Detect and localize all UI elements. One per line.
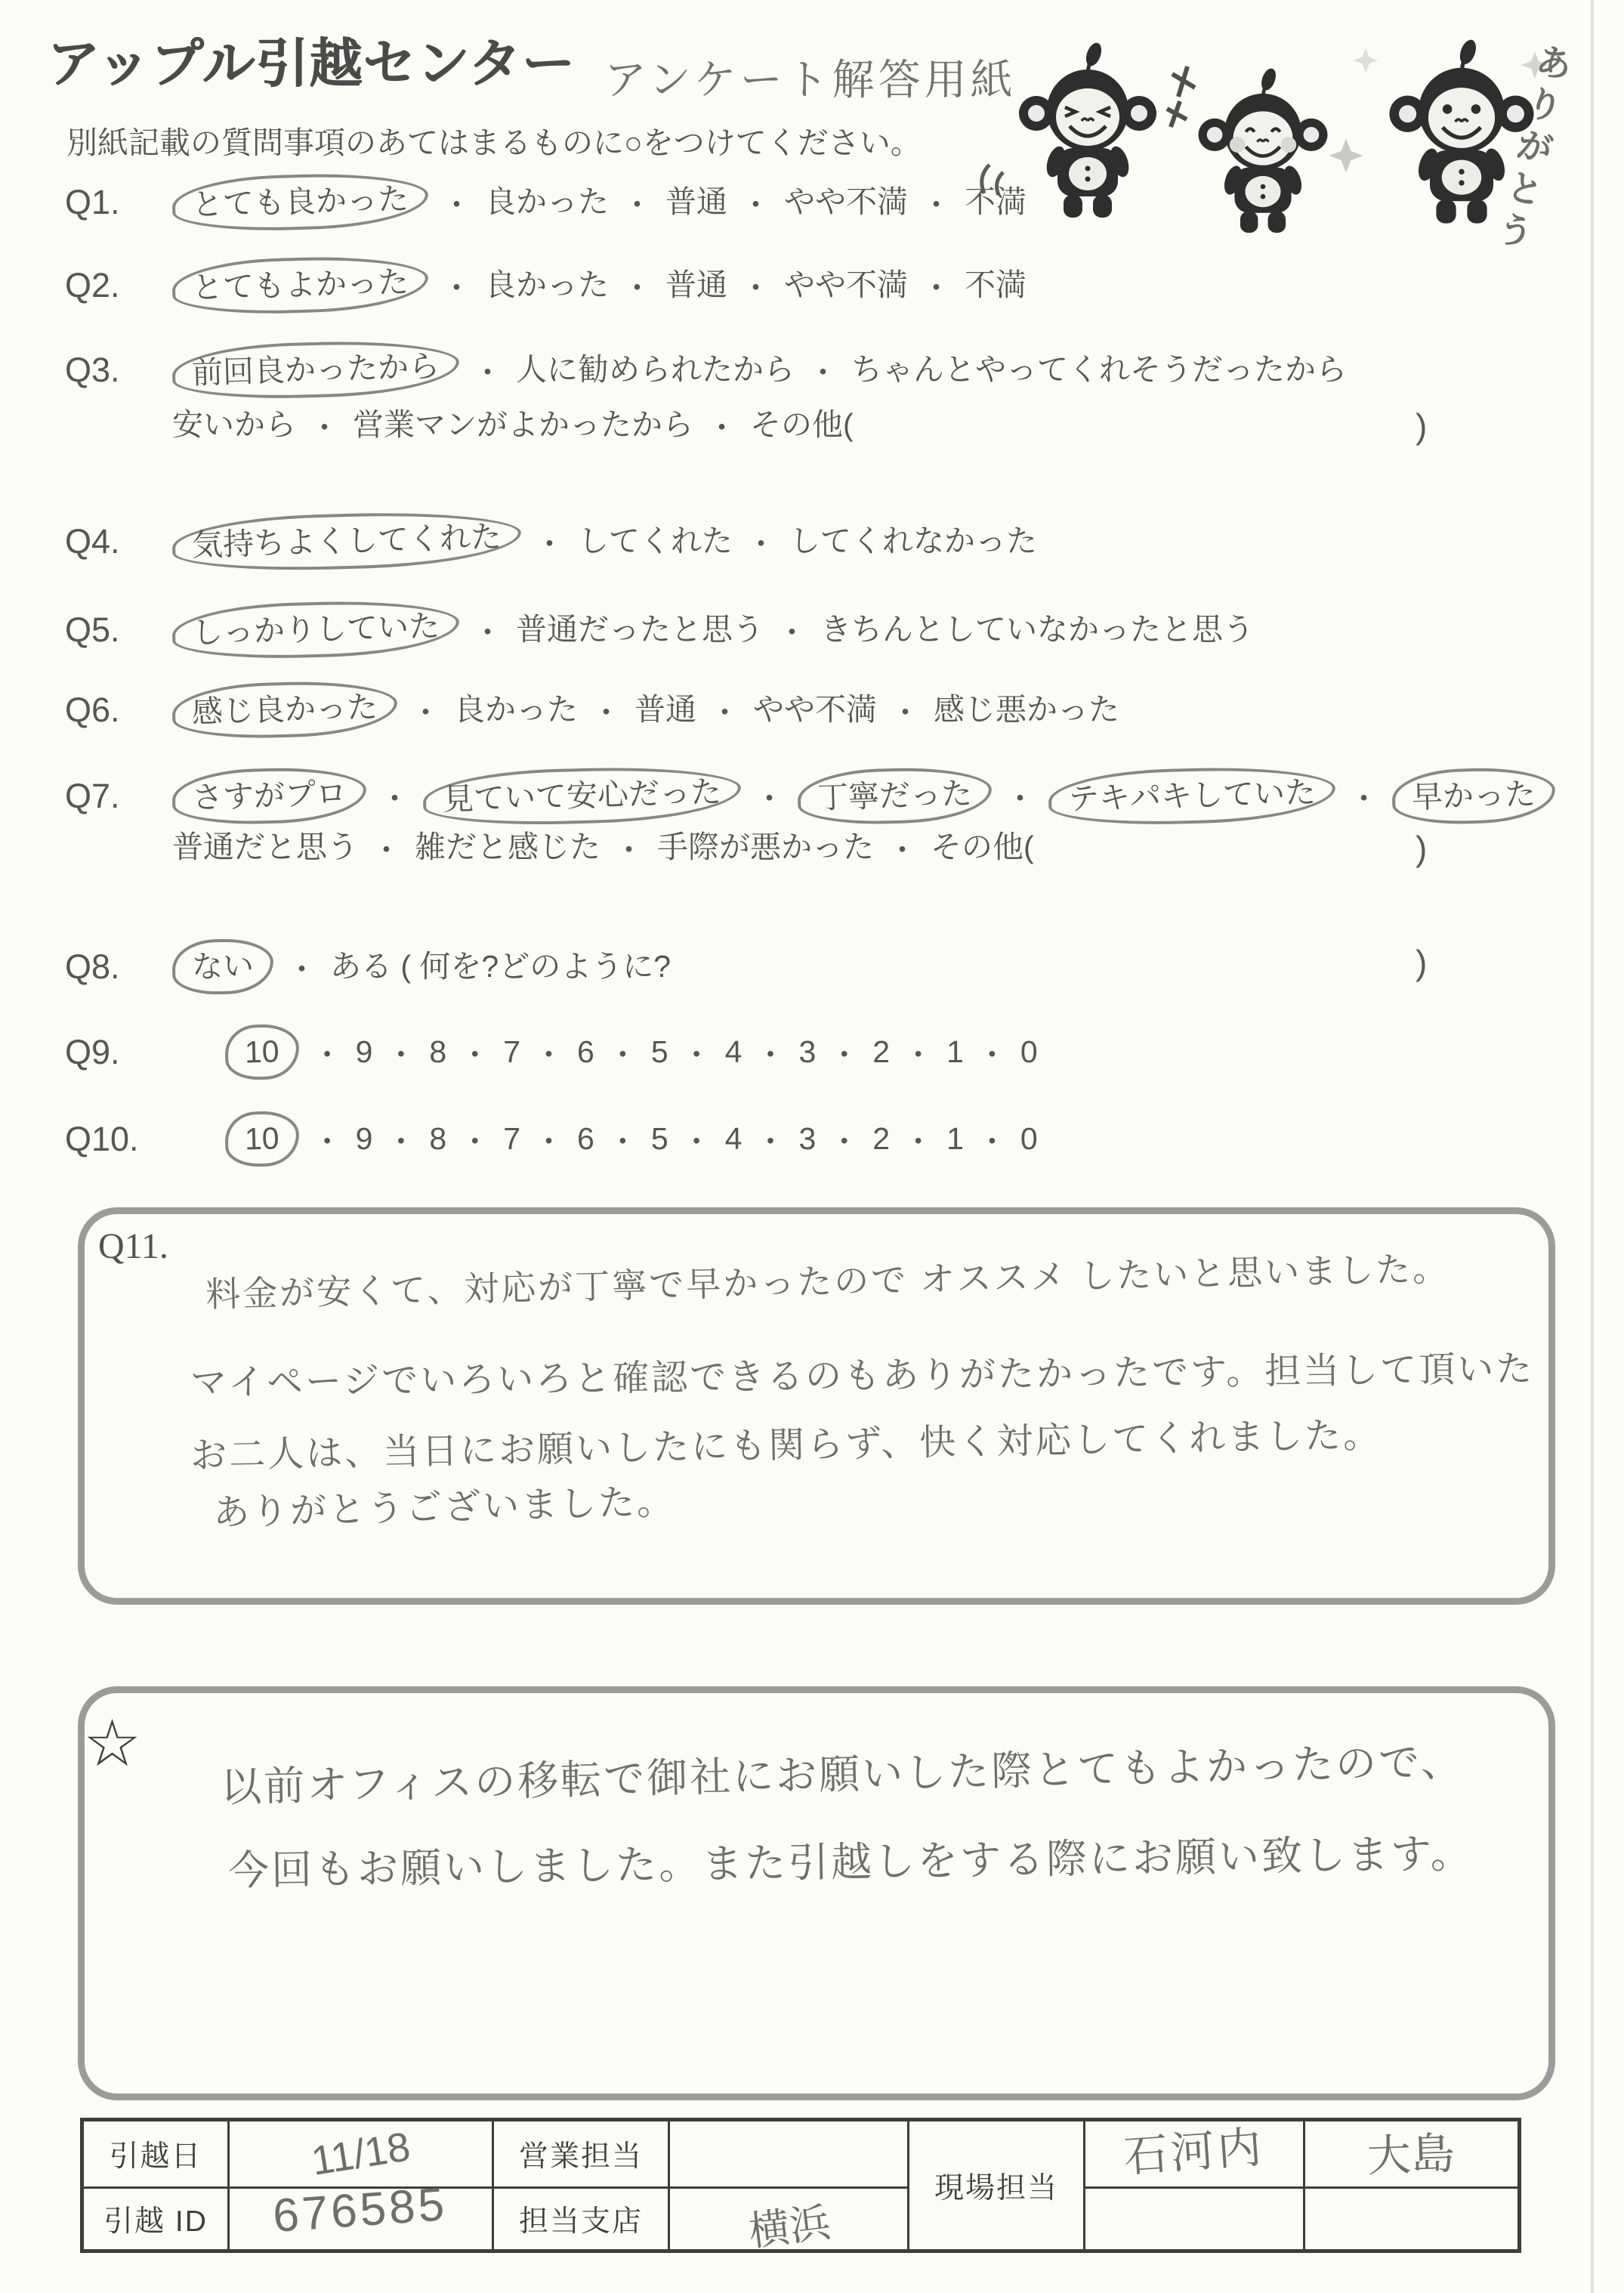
sparkle-icon bbox=[1354, 48, 1378, 73]
scan-edge-artifact bbox=[1591, 0, 1594, 2293]
option: 7 bbox=[503, 1121, 520, 1157]
question-options-row: Q6.感じ良かった・良かった・普通・やや不満・感じ悪かった bbox=[65, 682, 1119, 737]
option-circled-handwritten: ない bbox=[171, 938, 274, 996]
question-options-row: Q9.10・9・8・7・6・5・4・3・2・1・0 bbox=[65, 1024, 1038, 1080]
branch-label: 担当支店 bbox=[493, 2188, 669, 2251]
option: 雑だと感じた bbox=[415, 830, 601, 865]
option-separator: ・ bbox=[286, 944, 317, 989]
answer-blank-close-paren: ) bbox=[1416, 406, 1427, 447]
option-separator: ・ bbox=[754, 774, 785, 818]
question-options-row: Q8.ない・ある ( 何を?どのように? bbox=[65, 939, 671, 994]
question-label: Q10. bbox=[65, 1120, 172, 1159]
option-separator: ・ bbox=[1348, 774, 1379, 818]
option: 5 bbox=[651, 1034, 668, 1070]
option: きちんとしていなかったと思う bbox=[820, 612, 1254, 647]
option: やや不満 bbox=[753, 692, 877, 728]
option-circled-handwritten: 丁寧だった bbox=[797, 765, 993, 826]
site-crew-label: 現場担当 bbox=[909, 2120, 1085, 2251]
answer-blank-close-paren: ) bbox=[1416, 942, 1427, 983]
question-label: Q9. bbox=[65, 1033, 172, 1072]
move-id-value: 676585 bbox=[271, 2177, 449, 2243]
option-separator: ・ bbox=[890, 688, 921, 732]
option: 2 bbox=[872, 1034, 890, 1070]
option: その他( bbox=[931, 830, 1034, 865]
footer-table: 引越日 11/18 営業担当 現場担当 石河内 大島 引越 ID 676585 … bbox=[80, 2118, 1521, 2253]
option-circled-handwritten: 前回良かったから bbox=[171, 338, 460, 402]
option-separator: ・ bbox=[829, 1117, 860, 1161]
q11-label: Q11. bbox=[98, 1225, 168, 1267]
site-crew-empty-1 bbox=[1085, 2188, 1304, 2251]
instruction-text: 別紙記載の質問事項のあてはまるものに○をつけてください。 bbox=[66, 118, 922, 162]
option-circled-handwritten: 見ていて安心だった bbox=[422, 764, 742, 828]
move-id-label: 引越 ID bbox=[82, 2188, 229, 2251]
option: 普通 bbox=[665, 267, 727, 303]
option-separator: ・ bbox=[385, 1117, 416, 1161]
option-separator: ・ bbox=[740, 180, 771, 224]
option: 6 bbox=[577, 1034, 594, 1070]
option: 普通 bbox=[665, 184, 727, 220]
option: 手際が悪かった bbox=[657, 830, 874, 865]
question-label: Q8. bbox=[65, 947, 172, 987]
option-separator: ・ bbox=[755, 1117, 786, 1161]
option-separator: ・ bbox=[613, 825, 644, 870]
option-separator: ・ bbox=[903, 1117, 934, 1161]
option-separator: ・ bbox=[607, 1117, 638, 1161]
question-label: Q3. bbox=[65, 351, 172, 390]
option: 6 bbox=[577, 1121, 594, 1157]
option: 3 bbox=[798, 1121, 816, 1157]
option: 5 bbox=[651, 1121, 668, 1157]
option: やや不満 bbox=[784, 184, 908, 220]
option-separator: ・ bbox=[533, 1117, 564, 1161]
question-label: Q7. bbox=[65, 777, 172, 816]
option-circled-handwritten: とてもよかった bbox=[171, 254, 429, 317]
move-date-label: 引越日 bbox=[82, 2120, 229, 2188]
monkey-mascot-icon-2 bbox=[1198, 66, 1327, 233]
option-separator: ・ bbox=[385, 1030, 416, 1074]
option-circled-handwritten: 感じ良かった bbox=[171, 679, 398, 740]
option-separator: ・ bbox=[681, 1117, 712, 1161]
option-circled-handwritten: 10 bbox=[224, 1024, 300, 1081]
option-separator: ・ bbox=[829, 1030, 860, 1074]
option-circled-handwritten: 早かった bbox=[1391, 766, 1556, 826]
company-logo: アップル引越センター bbox=[47, 21, 576, 97]
site-crew-value-1: 石河内 bbox=[1122, 2112, 1266, 2185]
option-separator: ・ bbox=[921, 263, 952, 307]
option-separator: ・ bbox=[533, 1030, 564, 1074]
option: 9 bbox=[356, 1034, 373, 1070]
option: 不満 bbox=[965, 267, 1027, 303]
star-icon: ☆ bbox=[83, 1706, 141, 1782]
option-separator: ・ bbox=[441, 263, 472, 307]
option-circled-handwritten: テキパキしていた bbox=[1048, 765, 1336, 828]
option: 営業マンがよかったから bbox=[353, 407, 693, 443]
option: 1 bbox=[946, 1121, 964, 1157]
option: 4 bbox=[725, 1121, 743, 1157]
option-separator: ・ bbox=[1005, 774, 1036, 818]
question-options-row: Q1.とても良かった・良かった・普通・やや不満・不満 bbox=[65, 175, 1027, 230]
option: してくれなかった bbox=[789, 524, 1037, 559]
option: 8 bbox=[429, 1034, 446, 1070]
option-circled-handwritten: とても良かった bbox=[171, 171, 429, 233]
option: 普通だと思う bbox=[172, 830, 358, 865]
option-separator: ・ bbox=[534, 519, 565, 564]
option: 感じ悪かった bbox=[934, 692, 1119, 728]
question-label: Q1. bbox=[65, 183, 172, 222]
option-separator: ・ bbox=[740, 263, 771, 307]
option-separator: ・ bbox=[807, 348, 838, 392]
option: やや不満 bbox=[784, 267, 908, 303]
sheet-title: アンケート解答用紙 bbox=[604, 47, 1017, 107]
option-circled-handwritten: さすがプロ bbox=[171, 765, 367, 826]
option-separator: ・ bbox=[312, 1117, 343, 1161]
option: 0 bbox=[1020, 1034, 1038, 1070]
question-options-row: 普通だと思う・雑だと感じた・手際が悪かった・その他( bbox=[65, 825, 1034, 870]
question-options-row: Q10.10・9・8・7・6・5・4・3・2・1・0 bbox=[65, 1111, 1038, 1167]
sparkle-icon bbox=[1329, 139, 1363, 173]
option: ある ( 何を?どのように? bbox=[330, 949, 671, 984]
option-circled-handwritten: 気持ちよくしてくれた bbox=[171, 509, 522, 574]
option: その他( bbox=[750, 407, 854, 443]
option: 人に勧められたから bbox=[516, 352, 795, 388]
option-separator: ・ bbox=[441, 180, 472, 224]
option-separator: ・ bbox=[371, 825, 402, 870]
option: 2 bbox=[872, 1121, 890, 1157]
option: 良かった bbox=[454, 692, 578, 728]
question-label: Q4. bbox=[65, 522, 172, 561]
question-options-row: Q7.さすがプロ・見ていて安心だった・丁寧だった・テキパキしていた・早かった bbox=[65, 768, 1555, 824]
option-separator: ・ bbox=[903, 1030, 934, 1074]
monkey-mascot-icon-1 bbox=[1019, 41, 1156, 218]
option: ちゃんとやってくれそうだったから bbox=[851, 352, 1347, 388]
option-separator: ・ bbox=[921, 180, 952, 224]
question-label: Q2. bbox=[65, 266, 172, 305]
option-separator: ・ bbox=[622, 180, 653, 224]
flash-sparkle-icon bbox=[1167, 66, 1195, 127]
option-circled-handwritten: 10 bbox=[224, 1111, 300, 1168]
option-separator: ・ bbox=[312, 1030, 343, 1074]
option: 普通だったと思う bbox=[516, 612, 764, 647]
option-separator: ・ bbox=[755, 1030, 786, 1074]
question-options-row: Q2.とてもよかった・良かった・普通・やや不満・不満 bbox=[65, 258, 1027, 313]
option-separator: ・ bbox=[607, 1030, 638, 1074]
option-separator: ・ bbox=[977, 1117, 1008, 1161]
option: してくれた bbox=[578, 524, 733, 559]
option: 1 bbox=[946, 1034, 964, 1070]
option-separator: ・ bbox=[459, 1117, 490, 1161]
option-circled-handwritten: しっかりしていた bbox=[171, 598, 460, 662]
option-separator: ・ bbox=[887, 825, 918, 870]
site-crew-value-2: 大島 bbox=[1366, 2118, 1456, 2184]
option-separator: ・ bbox=[472, 607, 503, 652]
sales-rep-value bbox=[669, 2120, 909, 2188]
branch-value: 横浜 bbox=[745, 2189, 833, 2257]
option-separator: ・ bbox=[410, 688, 441, 732]
option: 良かった bbox=[485, 267, 609, 303]
option-separator: ・ bbox=[706, 403, 737, 447]
option-separator: ・ bbox=[681, 1030, 712, 1074]
site-crew-empty-2 bbox=[1304, 2188, 1520, 2251]
question-options-row: 安いから・営業マンがよかったから・その他( bbox=[65, 403, 854, 447]
option: 4 bbox=[725, 1034, 743, 1070]
option-separator: ・ bbox=[309, 403, 340, 447]
option-separator: ・ bbox=[379, 774, 410, 818]
question-label: Q5. bbox=[65, 610, 172, 650]
survey-sheet: アップル引越センター アンケート解答用紙 別紙記載の質問事項のあてはまるものに○… bbox=[0, 0, 1624, 2293]
option-separator: ・ bbox=[776, 607, 807, 652]
option-separator: ・ bbox=[591, 688, 622, 732]
option: 7 bbox=[503, 1034, 520, 1070]
option-separator: ・ bbox=[746, 519, 776, 564]
question-options-row: Q5.しっかりしていた・普通だったと思う・きちんとしていなかったと思う bbox=[65, 602, 1254, 657]
option: 9 bbox=[356, 1121, 373, 1157]
question-options-row: Q3.前回良かったから・人に勧められたから・ちゃんとやってくれそうだったから bbox=[65, 342, 1347, 397]
option-separator: ・ bbox=[977, 1030, 1008, 1074]
option-separator: ・ bbox=[709, 688, 740, 732]
move-date-value: 11/18 bbox=[308, 2123, 413, 2185]
sales-rep-label: 営業担当 bbox=[493, 2120, 669, 2188]
option: 不満 bbox=[965, 184, 1027, 220]
option-separator: ・ bbox=[472, 348, 503, 392]
option: 普通 bbox=[634, 692, 696, 728]
option: 0 bbox=[1020, 1121, 1038, 1157]
option-separator: ・ bbox=[459, 1030, 490, 1074]
option-separator: ・ bbox=[622, 263, 653, 307]
question-label: Q6. bbox=[65, 691, 172, 730]
option: 良かった bbox=[485, 184, 609, 220]
answer-blank-close-paren: ) bbox=[1416, 828, 1427, 869]
option: 3 bbox=[798, 1034, 816, 1070]
option: 8 bbox=[429, 1121, 446, 1157]
question-options-row: Q4.気持ちよくしてくれた・してくれた・してくれなかった bbox=[65, 514, 1037, 569]
option: 安いから bbox=[172, 407, 296, 443]
